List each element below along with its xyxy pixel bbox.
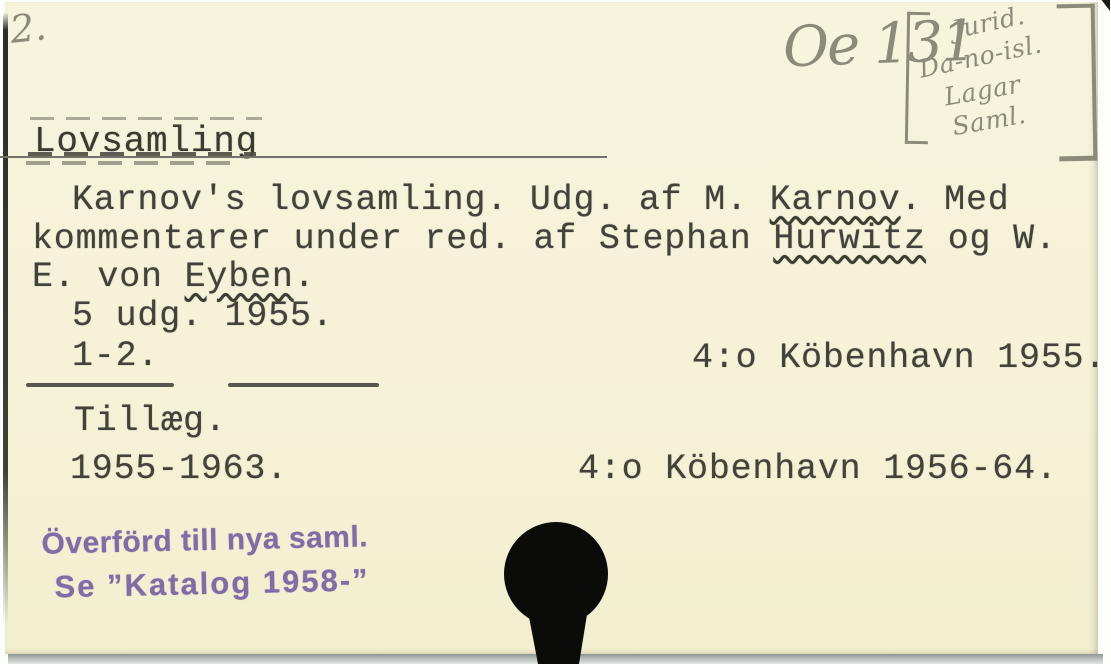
title-text: kommentarer under red. af Stephan [32,219,773,259]
editor-name-underlined: Karnov [770,180,901,220]
heading-ghost-dashes [30,117,262,120]
heading-underscore-dashes-2 [26,161,231,165]
punch-hole-icon [494,520,624,664]
title-statement-line-3: E. von Eyben. [32,257,315,297]
transfer-stamp: Överförd till nya saml. Se ”Katalog 1958… [41,520,370,605]
divider-line-left [26,383,174,387]
supplement-years-line: 1955-1963. [70,449,288,489]
page-number: 2. [8,4,49,52]
title-text: E. von [32,257,185,297]
editor-name-underlined: Hurwitz [773,219,926,259]
stamp-line-2: Se ”Katalog 1958-” [54,562,370,605]
card-left-edge-line [3,12,8,626]
scan-corner-mark [1100,0,1110,11]
title-text: . [294,257,316,297]
catalog-card-scan: 2. Oe 131 Jurid. Da-no-isl. Lagar Saml. … [0,0,1111,664]
title-text: og W. [926,219,1057,259]
imprint-line-1: 4:o Köbenhavn 1955. [692,338,1106,378]
edition-line: 5 udg. 1955. [72,296,334,336]
editor-name-underlined: Eyben [185,257,294,297]
classification-bracket-right [1057,4,1098,162]
title-statement-line-2: kommentarer under red. af Stephan Hurwit… [32,219,1057,259]
title-text: Karnov's lovsamling. Udg. af M. [72,180,770,220]
title-text: . Med [901,180,1010,220]
title-statement-line-1: Karnov's lovsamling. Udg. af M. Karnov. … [72,180,1010,220]
divider-line-right [228,383,379,387]
heading-rule [0,156,607,158]
imprint-line-2: 4:o Köbenhavn 1956-64. [578,449,1058,489]
volumes-line: 1-2. [72,336,159,376]
supplement-line: Tillæg. [74,401,227,441]
stamp-line-1: Överförd till nya saml. [41,520,369,561]
